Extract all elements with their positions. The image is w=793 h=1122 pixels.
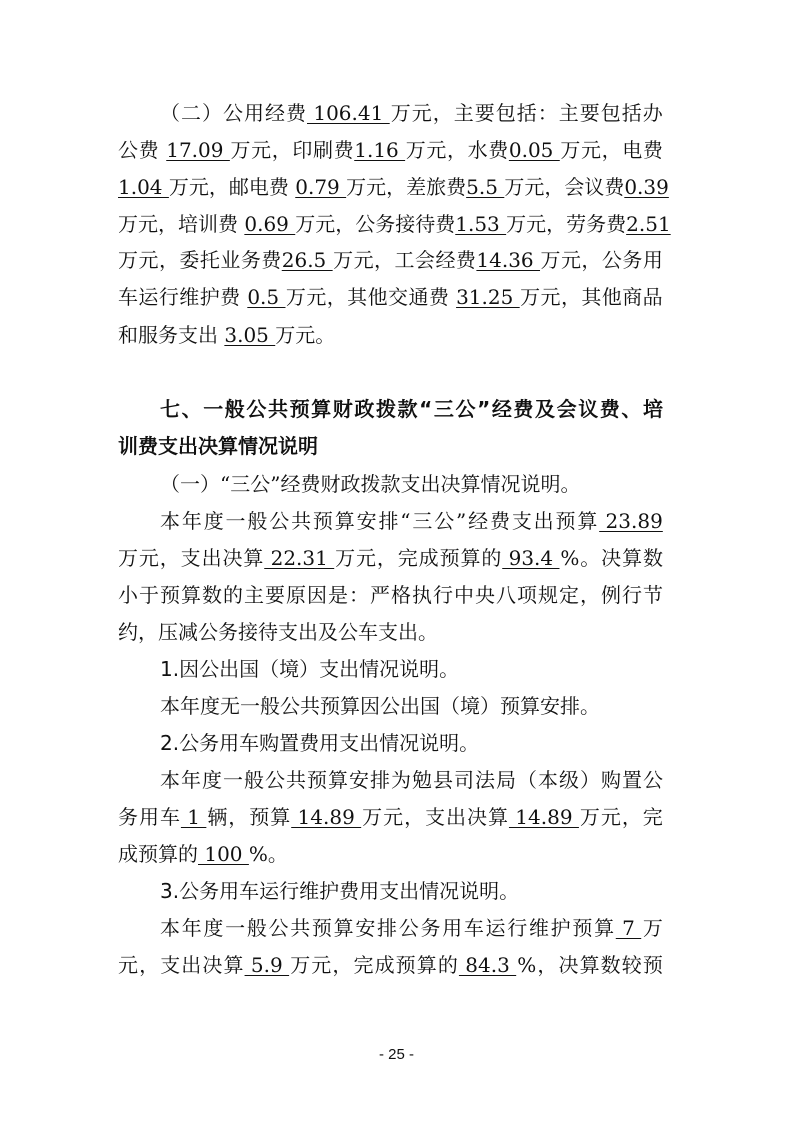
text-char: 司 [454, 765, 474, 795]
text-char: 运 [138, 282, 158, 312]
text-char: 印 [292, 135, 312, 165]
text-char: 元 [412, 98, 432, 128]
page-number: - 25 - [0, 1046, 793, 1063]
text-char: 置 [622, 765, 642, 795]
text-char: 务 [241, 245, 261, 275]
text-char: 务 [586, 209, 606, 239]
text-char: 用 [359, 876, 379, 906]
text-char: 的 [178, 839, 198, 869]
text-char: ， [404, 802, 424, 832]
text-char: 费 [488, 135, 508, 165]
text-char: ） [480, 691, 500, 721]
text-char: 局 [496, 765, 516, 795]
subsection-title: （一）“三公”经费财政拨款支出决算情况说明。 [118, 469, 663, 499]
text-char: 算 [340, 691, 360, 721]
item-title: 1.因公出国（境）支出情况说明。 [118, 654, 663, 684]
text-char: 主 [454, 98, 474, 128]
text-char: 务 [199, 876, 219, 906]
text-char: 年 [181, 765, 201, 795]
underlined-amount: 0.05 [509, 135, 560, 165]
text-char: 费 [334, 135, 354, 165]
text-char: 是 [328, 580, 348, 610]
public-funds-line: 和服务支出 3.05 万元。 [118, 320, 663, 350]
text-char: 维 [179, 282, 199, 312]
text-char: 费 [429, 282, 449, 312]
text-char: 一 [203, 394, 223, 424]
text-char: 出 [178, 431, 198, 461]
text-char: 行 [507, 913, 527, 943]
text-char: 共 [300, 691, 320, 721]
text-char: 明 [439, 728, 459, 758]
text-char: 务 [199, 728, 219, 758]
text-char: 元 [541, 282, 561, 312]
text-char: ” [456, 506, 466, 536]
text-char: 完 [398, 543, 418, 573]
text-char: 三 [434, 394, 454, 424]
text-char: 境 [460, 691, 480, 721]
text-char: 压 [158, 617, 178, 647]
text-char: 年 [180, 691, 200, 721]
public-funds-line: 1.04 万元，邮电费 0.79 万元，差旅费5.5 万元，会议费0.39 [118, 172, 663, 202]
text-char: 算 [335, 506, 355, 536]
underlined-amount: 5.9 [245, 950, 290, 980]
text-char: 要 [265, 580, 285, 610]
text-char: 出 [420, 469, 440, 499]
text-char: 运 [486, 913, 506, 943]
text-char: 支 [319, 654, 339, 684]
text-char: 说 [399, 654, 419, 684]
text-char: 情 [359, 654, 379, 684]
text-char: ： [349, 580, 369, 610]
text-char: 出 [400, 691, 420, 721]
text-char: 国 [420, 691, 440, 721]
text-char: ， [622, 802, 642, 832]
text-char: % [560, 543, 579, 573]
text-char: 元 [311, 950, 331, 980]
text-char: 品 [643, 282, 663, 312]
text-char: 情 [238, 431, 258, 461]
text-char: 费 [490, 506, 510, 536]
text-char: 待 [415, 209, 435, 239]
text-char: 万 [290, 950, 310, 980]
text-char: 公 [179, 876, 199, 906]
text-char: 预 [572, 913, 592, 943]
text-char: 数 [202, 580, 222, 610]
text-char: 邮 [229, 172, 249, 202]
text-char: 。 [418, 617, 438, 647]
text-char: 年 [182, 913, 202, 943]
text-char: 算 [223, 950, 243, 980]
text-char: 用 [319, 728, 339, 758]
text-char: 的 [481, 543, 501, 573]
text-char: 支 [181, 543, 201, 573]
paragraph-line: 本年度无一般公共预算因公出国（境）预算安排。 [118, 691, 663, 721]
text-char: ， [327, 282, 347, 312]
text-char: 排 [370, 765, 390, 795]
text-char: 元 [138, 209, 158, 239]
text-char: 万 [346, 172, 366, 202]
text-char: 元 [138, 245, 158, 275]
text-char: 算 [218, 431, 238, 461]
text-char: 出 [202, 543, 222, 573]
text-char: 公 [602, 245, 622, 275]
text-char: ） [202, 98, 222, 128]
text-char: 元 [118, 950, 138, 980]
text-char: 三 [230, 469, 250, 499]
text-char: 一 [223, 765, 243, 795]
text-char: 无 [220, 691, 240, 721]
text-char: 主 [244, 580, 264, 610]
text-char: 托 [200, 245, 220, 275]
text-char: 八 [496, 580, 516, 610]
underlined-amount: 1 [181, 802, 206, 832]
text-char: 维 [529, 913, 549, 943]
text-char: 数 [643, 543, 663, 573]
text-char: 决 [222, 543, 242, 573]
text-char: ， [537, 950, 557, 980]
text-char: 。 [499, 876, 519, 906]
underlined-amount: 26.5 [282, 245, 333, 275]
underlined-amount: 0.69 [244, 209, 295, 239]
text-char: 况 [439, 876, 459, 906]
text-char: 费 [299, 728, 319, 758]
text-char: ， [544, 172, 564, 202]
text-char: 支 [158, 431, 178, 461]
text-char: 交 [388, 282, 408, 312]
text-char: 算 [622, 543, 642, 573]
text-char: 政 [340, 469, 360, 499]
text-char: 支 [160, 950, 180, 980]
text-char: 万 [391, 98, 411, 128]
text-char: % [249, 839, 268, 869]
text-char: 要 [475, 98, 495, 128]
text-char: 三 [412, 506, 432, 536]
text-char: 预 [307, 765, 327, 795]
text-char: ， [159, 245, 179, 275]
text-char: 款 [380, 469, 400, 499]
text-char: 括 [517, 98, 537, 128]
underlined-amount: 0.39 [624, 172, 669, 202]
text-char: 支 [339, 728, 359, 758]
text-char: 般 [247, 913, 267, 943]
text-char: 经 [492, 394, 512, 424]
paragraph-line: 小于预算数的主要原因是：严格执行中央八项规定，例行节 [118, 580, 663, 610]
text-char: 约 [118, 617, 138, 647]
text-char: 排 [378, 506, 398, 536]
text-char: 议 [578, 394, 598, 424]
text-char: 一 [226, 506, 246, 536]
text-char: 项 [517, 580, 537, 610]
item-title: 3.公务用车运行维护费用支出情况说明。 [118, 876, 663, 906]
text-char: 境 [279, 654, 299, 684]
underlined-amount: 31.25 [456, 282, 520, 312]
underlined-amount: 106.41 [307, 98, 390, 128]
text-char: 决 [601, 543, 621, 573]
text-char: 般 [225, 394, 245, 424]
text-char: 护 [200, 282, 220, 312]
section-heading: 训费支出决算情况说明 [118, 431, 663, 461]
text-char: 决 [440, 469, 460, 499]
text-char: 说 [278, 431, 298, 461]
text-char: 算 [460, 469, 480, 499]
text-char: 央 [475, 580, 495, 610]
text-char: ， [209, 172, 229, 202]
text-char: 费 [261, 245, 281, 275]
text-char: ， [602, 135, 622, 165]
text-char: 培 [643, 394, 663, 424]
text-char: 万 [580, 802, 600, 832]
text-char: 般 [247, 506, 267, 536]
text-char: 工 [395, 245, 415, 275]
text-char: 出 [198, 320, 218, 350]
text-char: 算 [311, 394, 331, 424]
underlined-amount: 23.89 [599, 506, 663, 536]
text-char: 培 [178, 209, 198, 239]
text-char: 支 [278, 617, 298, 647]
text-char: 旅 [426, 172, 446, 202]
text-char: 安 [540, 691, 560, 721]
text-char: 务 [158, 320, 178, 350]
text-char: 年 [182, 506, 202, 536]
underlined-amount: 17.09 [166, 135, 230, 165]
text-char: 行 [622, 580, 642, 610]
text-char: 公 [399, 913, 419, 943]
text-char: 包 [496, 98, 516, 128]
underlined-amount: 14.36 [476, 245, 540, 275]
text-char: 支 [178, 320, 198, 350]
text-char: 及 [535, 394, 555, 424]
underlined-amount: 1.53 [455, 209, 506, 239]
text-char: 决 [558, 950, 578, 980]
text-char: 会 [564, 172, 584, 202]
text-char: % [517, 950, 536, 980]
text-char: 元 [383, 802, 403, 832]
text-char: 预 [643, 950, 663, 980]
text-char: 费 [220, 282, 240, 312]
text-char: 万 [504, 172, 524, 202]
text-char: 行 [433, 580, 453, 610]
text-char: 政 [354, 394, 374, 424]
text-char: “ [220, 469, 230, 499]
text-char: 服 [138, 320, 158, 350]
text-char: 般 [260, 691, 280, 721]
text-char: 费 [218, 209, 238, 239]
text-char: 万 [230, 135, 250, 165]
text-char: 维 [299, 876, 319, 906]
text-char: 。 [439, 654, 459, 684]
text-char: 务 [622, 245, 642, 275]
underlined-amount: 14.89 [509, 802, 579, 832]
text-char: 算 [243, 543, 263, 573]
public-funds-line: 万元，委托业务费26.5 万元，工会经费14.36 万元，公务用 [118, 245, 663, 275]
text-char: ， [332, 950, 352, 980]
text-char: ） [299, 654, 319, 684]
text-char: 拨 [360, 469, 380, 499]
text-char: 万 [406, 135, 426, 165]
text-char: 预 [440, 543, 460, 573]
text-char: ， [580, 580, 600, 610]
text-char: 的 [438, 950, 458, 980]
text-char: 般 [244, 765, 264, 795]
text-char: 公 [434, 506, 454, 536]
text-char: 说 [419, 728, 439, 758]
text-char: 度 [203, 913, 223, 943]
paragraph-line: 本年度一般公共预算安排“三公”经费支出预算 23.89 [118, 506, 663, 536]
text-char: 用 [244, 98, 264, 128]
text-char: 主 [559, 98, 579, 128]
text-char: 支 [400, 469, 420, 499]
text-char: 业 [220, 245, 240, 275]
underlined-amount: 5.5 [466, 172, 504, 202]
text-char: 原 [286, 580, 306, 610]
text-char: 元 [601, 802, 621, 832]
text-char: 、 [182, 394, 202, 424]
text-char: ， [139, 950, 159, 980]
text-char: 出 [446, 802, 466, 832]
text-char: 。 [268, 839, 288, 869]
text-char: 元 [356, 543, 376, 573]
text-char: 况 [500, 469, 520, 499]
text-char: 电 [249, 172, 269, 202]
text-char: 会 [557, 394, 577, 424]
text-char: 费 [643, 135, 663, 165]
text-char: 小 [118, 580, 138, 610]
text-char: 经 [280, 469, 300, 499]
text-char: 国 [239, 654, 259, 684]
text-char: 会 [415, 245, 435, 275]
text-char: 算 [270, 802, 290, 832]
public-funds-line: 公费 17.09 万元，印刷费1.16 万元，水费0.05 万元，电费 [118, 135, 663, 165]
text-char: 拨 [376, 394, 396, 424]
text-char: 元 [354, 245, 374, 275]
text-char: 财 [333, 394, 353, 424]
text-char: 刷 [313, 135, 333, 165]
text-char: 公 [380, 691, 400, 721]
text-char: ） [200, 469, 220, 499]
text-char: 况 [379, 654, 399, 684]
text-char: 经 [435, 245, 455, 275]
text-char: “ [419, 394, 432, 424]
text-char: 共 [286, 765, 306, 795]
text-char: 。 [560, 469, 580, 499]
underlined-amount: 0.79 [295, 172, 346, 202]
text-char: 成 [419, 543, 439, 573]
text-char: 。 [580, 543, 600, 573]
text-char: 委 [179, 245, 199, 275]
text-char: 元 [426, 135, 446, 165]
text-char: 执 [412, 580, 432, 610]
text-char: 接 [395, 209, 415, 239]
text-char: 护 [551, 913, 571, 943]
text-char: 预 [249, 802, 269, 832]
text-char: 况 [399, 728, 419, 758]
text-char: 出 [398, 617, 418, 647]
text-char: 费 [446, 172, 466, 202]
text-char [449, 282, 455, 312]
text-char: 元 [139, 543, 159, 573]
text-char: 万 [506, 209, 526, 239]
text-char: （ [440, 691, 460, 721]
text-char: 一 [180, 469, 200, 499]
text-char: 情 [379, 728, 399, 758]
text-char: 算 [580, 950, 600, 980]
underlined-amount: 7 [616, 913, 641, 943]
text-char: 万 [286, 282, 306, 312]
text-char: 务 [118, 802, 138, 832]
text-char: 本 [160, 506, 180, 536]
text-char: 情 [480, 469, 500, 499]
text-char: 差 [406, 172, 426, 202]
text-char: ， [377, 543, 397, 573]
text-char: 决 [202, 950, 222, 980]
public-funds-line: 万元，培训费 0.69 万元，公务接待费1.53 万元，劳务费2.51 [118, 209, 663, 239]
text-char: 车 [118, 282, 138, 312]
text-char: 购 [259, 728, 279, 758]
text-char: 情 [419, 876, 439, 906]
text-char: 公 [338, 617, 358, 647]
text-char: 定 [559, 580, 579, 610]
text-char: 公 [250, 469, 270, 499]
underlined-amount: 1.04 [118, 172, 169, 202]
text-char: 万 [118, 245, 138, 275]
text-char: 万 [295, 209, 315, 239]
text-char: ， [561, 282, 581, 312]
text-char: 费 [300, 469, 320, 499]
text-char: 安 [355, 913, 375, 943]
text-char: 费 [269, 172, 289, 202]
text-char: 。 [459, 728, 479, 758]
text-char: ， [447, 135, 467, 165]
text-char: 他 [602, 282, 622, 312]
text-char: 规 [538, 580, 558, 610]
text-char: ， [228, 802, 248, 832]
text-char: 财 [320, 469, 340, 499]
text-char: 务 [218, 617, 238, 647]
underlined-amount: 93.4 [502, 543, 559, 573]
paragraph-line: 万元，支出决算 22.31 万元，完成预算的 93.4 %。决算数 [118, 543, 663, 573]
text-char: 预 [313, 506, 333, 536]
paragraph-line: 成预算的 100 %。 [118, 839, 663, 869]
text-char: 完 [643, 802, 663, 832]
text-char: 车 [160, 802, 180, 832]
text-char: 费 [604, 172, 624, 202]
text-char: 用 [442, 913, 462, 943]
text-char: 公 [198, 617, 218, 647]
text-char: 出 [181, 950, 201, 980]
text-char: 本 [160, 765, 180, 795]
text-char: 、 [621, 394, 641, 424]
text-char: 办 [643, 98, 663, 128]
text-char: 训 [198, 209, 218, 239]
text-char: 中 [454, 580, 474, 610]
paragraph-line: 本年度一般公共预算安排为勉县司法局（本级）购置公 [118, 765, 663, 795]
text-char: 公 [118, 135, 138, 165]
text-char: 万 [362, 802, 382, 832]
underlined-amount: 84.3 [459, 950, 516, 980]
text-char: 减 [178, 617, 198, 647]
text-char: 法 [475, 765, 495, 795]
text-char: 务 [375, 209, 395, 239]
text-char: 费 [435, 209, 455, 239]
text-char: 排 [560, 691, 580, 721]
text-char: 元 [526, 209, 546, 239]
text-char: 成 [375, 950, 395, 980]
text-char: 出 [298, 617, 318, 647]
paragraph-line: 本年度一般公共预算安排公务用车运行维护预算 7 万 [118, 913, 663, 943]
text-char: 行 [279, 876, 299, 906]
text-char: ， [546, 209, 566, 239]
text-char: 较 [622, 950, 642, 980]
